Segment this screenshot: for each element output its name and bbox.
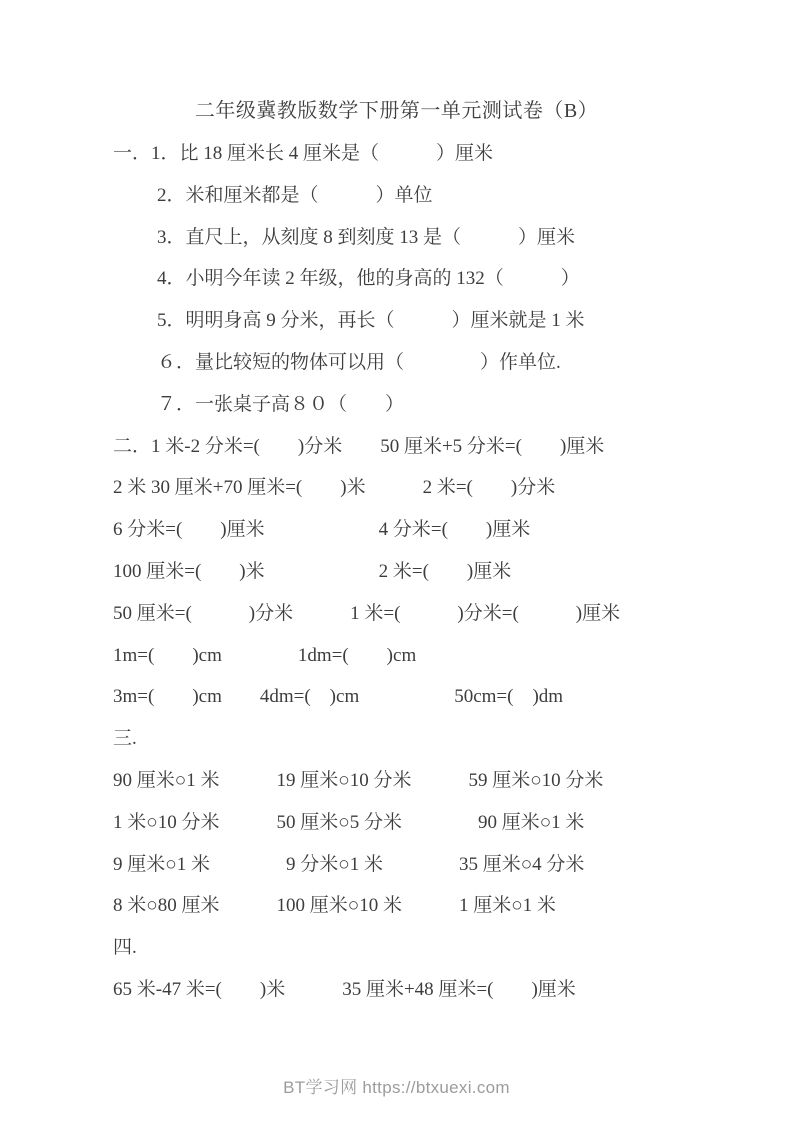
section2-row-1: 二．1 米-2 分米=( )分米 50 厘米+5 分米=( )厘米 (113, 426, 753, 468)
section2-row-3: 6 分米=( )厘米 4 分米=( )厘米 (113, 509, 753, 551)
section1-question-6: ６．量比较短的物体可以用（ ）作单位. (113, 342, 753, 384)
section2-row-2: 2 米 30 厘米+70 厘米=( )米 2 米=( )分米 (113, 467, 753, 509)
section3-row-3: 9 厘米○1 米 9 分米○1 米 35 厘米○4 分米 (113, 844, 753, 886)
worksheet-body: 一．1．比 18 厘米长 4 厘米是（ ）厘米 2．米和厘米都是（ ）单位 3．… (0, 133, 793, 1011)
section2-row-6: 1m=( )cm 1dm=( )cm (113, 635, 753, 677)
section3-row-4: 8 米○80 厘米 100 厘米○10 米 1 厘米○1 米 (113, 885, 753, 927)
page-title: 二年级冀教版数学下册第一单元测试卷（B） (0, 0, 793, 133)
section2-row-4: 100 厘米=( )米 2 米=( )厘米 (113, 551, 753, 593)
section3-row-2: 1 米○10 分米 50 厘米○5 分米 90 厘米○1 米 (113, 802, 753, 844)
section3-row-1: 90 厘米○1 米 19 厘米○10 分米 59 厘米○10 分米 (113, 760, 753, 802)
section1-question-4: 4．小明今年读 2 年级，他的身高的 132（ ） (113, 258, 753, 300)
footer-watermark: BT学习网 https://btxuexi.com (0, 1073, 793, 1098)
section1-question-7: ７．一张桌子高８０（ ） (113, 384, 753, 426)
section2-row-7: 3m=( )cm 4dm=( )cm 50cm=( )dm (113, 676, 753, 718)
section4-marker: 四. (113, 927, 753, 969)
section1-question-5: 5．明明身高 9 分米，再长（ ）厘米就是 1 米 (113, 300, 753, 342)
section1-question-3: 3．直尺上，从刻度 8 到刻度 13 是（ ）厘米 (113, 217, 753, 259)
section2-row-5: 50 厘米=( )分米 1 米=( )分米=( )厘米 (113, 593, 753, 635)
section1-question-1: 一．1．比 18 厘米长 4 厘米是（ ）厘米 (113, 133, 753, 175)
section3-marker: 三. (113, 718, 753, 760)
section4-row-1: 65 米-47 米=( )米 35 厘米+48 厘米=( )厘米 (113, 969, 753, 1011)
worksheet-page: 二年级冀教版数学下册第一单元测试卷（B） 一．1．比 18 厘米长 4 厘米是（… (0, 0, 793, 1122)
section1-question-2: 2．米和厘米都是（ ）单位 (113, 175, 753, 217)
